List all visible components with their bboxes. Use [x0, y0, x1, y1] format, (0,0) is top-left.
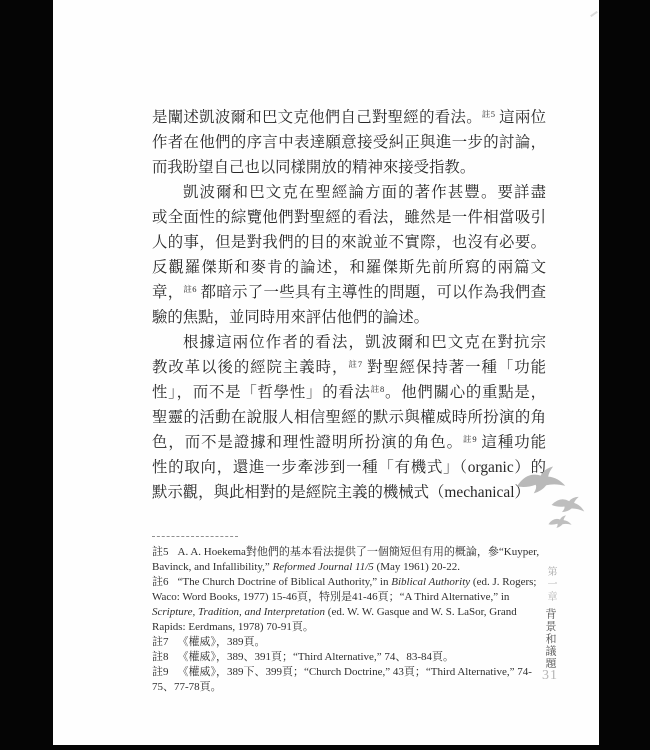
sidebar-chapter-label: 第一章	[543, 566, 558, 604]
footnote-line: Bavinck, and Infallibility,” Reformed Jo…	[152, 560, 599, 575]
footnote-ref: 註6	[183, 284, 196, 294]
footnote-line: 註7《權威》，389頁。	[152, 635, 599, 650]
footnote-ref: 註5	[482, 109, 495, 119]
page-number: 31	[542, 668, 558, 684]
footnote-ref: 註7	[348, 359, 362, 369]
body-text-line: 根據這兩位作者的看法，凱波爾和巴文克在對抗宗	[152, 330, 546, 355]
footnotes: 註5A. A. Hoekema對他們的基本看法提供了一個簡短但有用的概論，參“K…	[152, 545, 599, 695]
body-text-line: 性的取向，還進一步牽涉到一種「有機式」（organic）的	[152, 455, 546, 480]
body-text-line: 或全面性的綜覽他們對聖經的看法，雖然是一件相當吸引	[152, 205, 546, 230]
footnote-line: 註6“The Church Doctrine of Biblical Autho…	[152, 575, 599, 590]
footnote-line: Scripture, Tradition, and Interpretation…	[152, 605, 599, 620]
footnote-line: 75、77-78頁。	[152, 680, 599, 695]
italic-citation: Biblical Authority	[391, 576, 470, 588]
body-text-line: 是闡述凱波爾和巴文克他們自己對聖經的看法。註5 這兩位	[152, 105, 546, 130]
bird-icon-small	[546, 515, 574, 534]
footnote-ref: 註8	[371, 384, 385, 394]
body-text-line: 教改革以後的經院主義時，註7 對聖經保持著一種「功能	[152, 355, 546, 380]
body-text-line: 反觀羅傑斯和麥肯的論述，和羅傑斯先前所寫的兩篇文	[152, 255, 546, 280]
body-text-line: 人的事，但是對我們的目的來說並不實際，也沒有必要。	[152, 230, 546, 255]
right-black-border	[599, 0, 650, 750]
body-text: 是闡述凱波爾和巴文克他們自己對聖經的看法。註5 這兩位作者在他們的序言中表達願意…	[152, 105, 546, 505]
page-corner-mark	[590, 11, 598, 17]
body-text-line: 默示觀，與此相對的是經院主義的機械式（mechanical）	[152, 480, 546, 505]
footnote-label: 註8	[152, 651, 169, 663]
footnote-line: Rapids: Eerdmans, 1978) 70-91頁。	[152, 620, 599, 635]
page: 是闡述凱波爾和巴文克他們自己對聖經的看法。註5 這兩位作者在他們的序言中表達願意…	[53, 0, 599, 745]
bottom-black-border	[0, 745, 650, 750]
book-page-scan: 是闡述凱波爾和巴文克他們自己對聖經的看法。註5 這兩位作者在他們的序言中表達願意…	[0, 0, 650, 750]
sidebar-section-title: 背景和議題	[542, 608, 558, 670]
footnote-label: 註9	[152, 666, 169, 678]
body-text-line: 而我盼望自己也以同樣開放的精神來接受指教。	[152, 155, 546, 180]
footnote-line: Waco: Word Books, 1977) 15-46頁，特別是41-46頁…	[152, 590, 599, 605]
body-text-line: 色，而不是證據和理性證明所扮演的角色。註9 這種功能	[152, 430, 546, 455]
body-text-line: 章，註6 都暗示了一些具有主導性的問題，可以作為我們查	[152, 280, 546, 305]
body-text-line: 聖靈的活動在說服人相信聖經的默示與權威時所扮演的角	[152, 405, 546, 430]
left-black-border	[0, 0, 53, 750]
footnote-ref: 註9	[463, 434, 477, 444]
body-text-line: 驗的焦點，並同時用來評估他們的論述。	[152, 305, 546, 330]
italic-citation: Reformed Journal 11/5	[273, 561, 374, 573]
footnote-line: 註9《權威》，389下、399頁；“Church Doctrine,” 43頁；…	[152, 665, 599, 680]
footnote-line: 註5A. A. Hoekema對他們的基本看法提供了一個簡短但有用的概論，參“K…	[152, 545, 599, 560]
italic-citation: Scripture, Tradition, and Interpretation	[152, 606, 325, 618]
body-text-line: 性」，而不是「哲學性」的看法註8。他們關心的重點是，	[152, 380, 546, 405]
body-text-line: 作者在他們的序言中表達願意接受糾正與進一步的討論，	[152, 130, 546, 155]
footnote-label: 註7	[152, 636, 169, 648]
body-text-line: 凱波爾和巴文克在聖經論方面的著作甚豐。要詳盡	[152, 180, 546, 205]
footnote-label: 註6	[152, 576, 169, 588]
footnote-label: 註5	[152, 546, 169, 558]
footnote-line: 註8《權威》，389、391頁；“Third Alternative,” 74、…	[152, 650, 599, 665]
footnote-separator	[152, 536, 238, 537]
